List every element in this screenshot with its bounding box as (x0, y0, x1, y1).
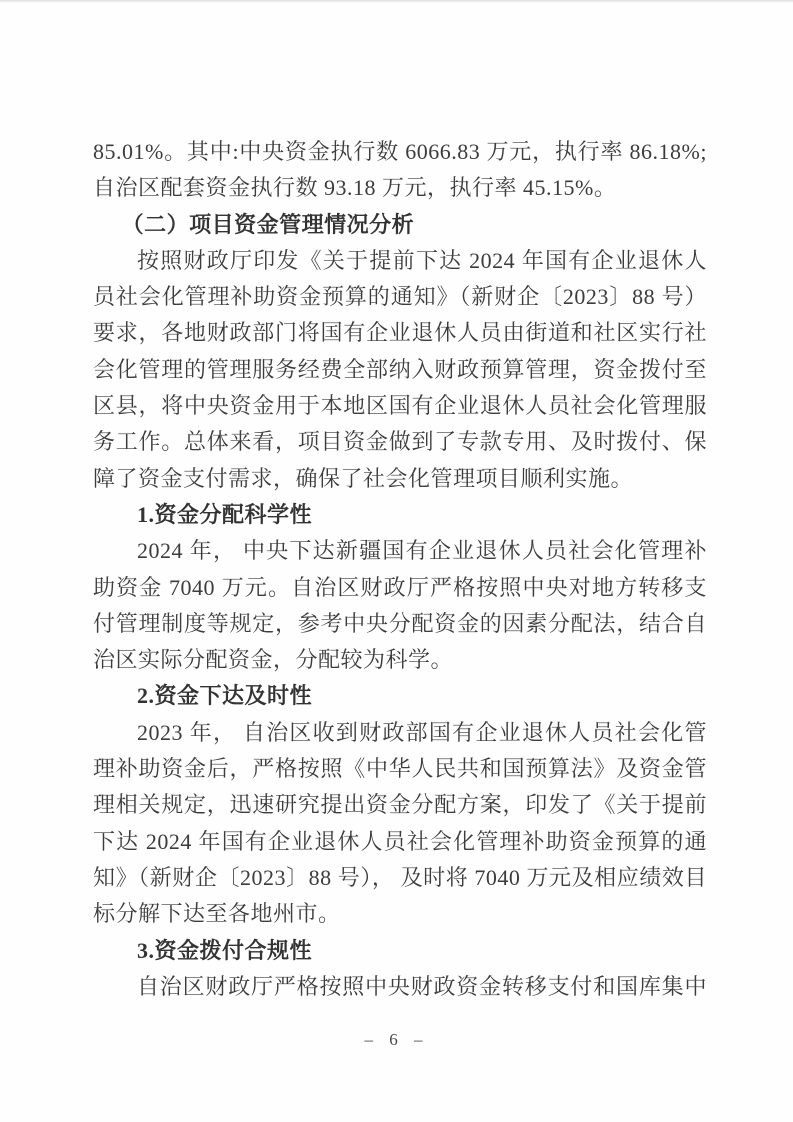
paragraph-line: 务工作。总体来看，项目资金做到了专款专用、及时拨付、保 (93, 424, 707, 460)
paragraph-line: 要求，各地财政部门将国有企业退休人员由街道和社区实行社 (93, 315, 707, 351)
paragraph-line: 按照财政厅印发《关于提前下达 2024 年国有企业退休人 (93, 243, 707, 279)
subsection-heading: 2.资金下达及时性 (93, 678, 707, 714)
paragraph-line: 下达 2024 年国有企业退休人员社会化管理补助资金预算的通 (93, 824, 707, 860)
paragraph-line: 理补助资金后，严格按照《中华人民共和国预算法》及资金管 (93, 751, 707, 787)
paragraph-line: 自治区配套资金执行数 93.18 万元，执行率 45.15%。 (93, 170, 707, 206)
paragraph-line: 障了资金支付需求，确保了社会化管理项目顺利实施。 (93, 461, 707, 497)
paragraph-line: 员社会化管理补助资金预算的通知》（新财企〔2023〕88 号） (93, 279, 707, 315)
document-body: 85.01%。其中:中央资金执行数 6066.83 万元，执行率 86.18%;… (93, 134, 707, 1005)
section-heading: （二）项目资金管理情况分析 (93, 207, 707, 243)
paragraph-line: 标分解下达至各地州市。 (93, 896, 707, 932)
paragraph-line: 治区实际分配资金，分配较为科学。 (93, 642, 707, 678)
paragraph-line: 2023 年， 自治区收到财政部国有企业退休人员社会化管 (93, 715, 707, 751)
paragraph-line: 助资金 7040 万元。自治区财政厅严格按照中央对地方转移支 (93, 570, 707, 606)
subsection-heading: 1.资金分配科学性 (93, 497, 707, 533)
paragraph-line: 区县，将中央资金用于本地区国有企业退休人员社会化管理服 (93, 388, 707, 424)
paragraph-line: 知》（新财企〔2023〕88 号）， 及时将 7040 万元及相应绩效目 (93, 860, 707, 896)
subsection-heading: 3.资金拨付合规性 (93, 933, 707, 969)
paragraph-line: 2024 年， 中央下达新疆国有企业退休人员社会化管理补 (93, 533, 707, 569)
paragraph-line: 会化管理的管理服务经费全部纳入财政预算管理，资金拨付至 (93, 352, 707, 388)
document-page: 85.01%。其中:中央资金执行数 6066.83 万元，执行率 86.18%;… (0, 0, 793, 1122)
paragraph-line: 付管理制度等规定，参考中央分配资金的因素分配法，结合自 (93, 606, 707, 642)
paragraph-line: 85.01%。其中:中央资金执行数 6066.83 万元，执行率 86.18%; (93, 134, 707, 170)
paragraph-line: 自治区财政厅严格按照中央财政资金转移支付和国库集中 (93, 969, 707, 1005)
paragraph-line: 理相关规定，迅速研究提出资金分配方案，印发了《关于提前 (93, 787, 707, 823)
page-number: – 6 – (0, 1030, 793, 1050)
scan-artifact-top-edge (0, 0, 793, 3)
